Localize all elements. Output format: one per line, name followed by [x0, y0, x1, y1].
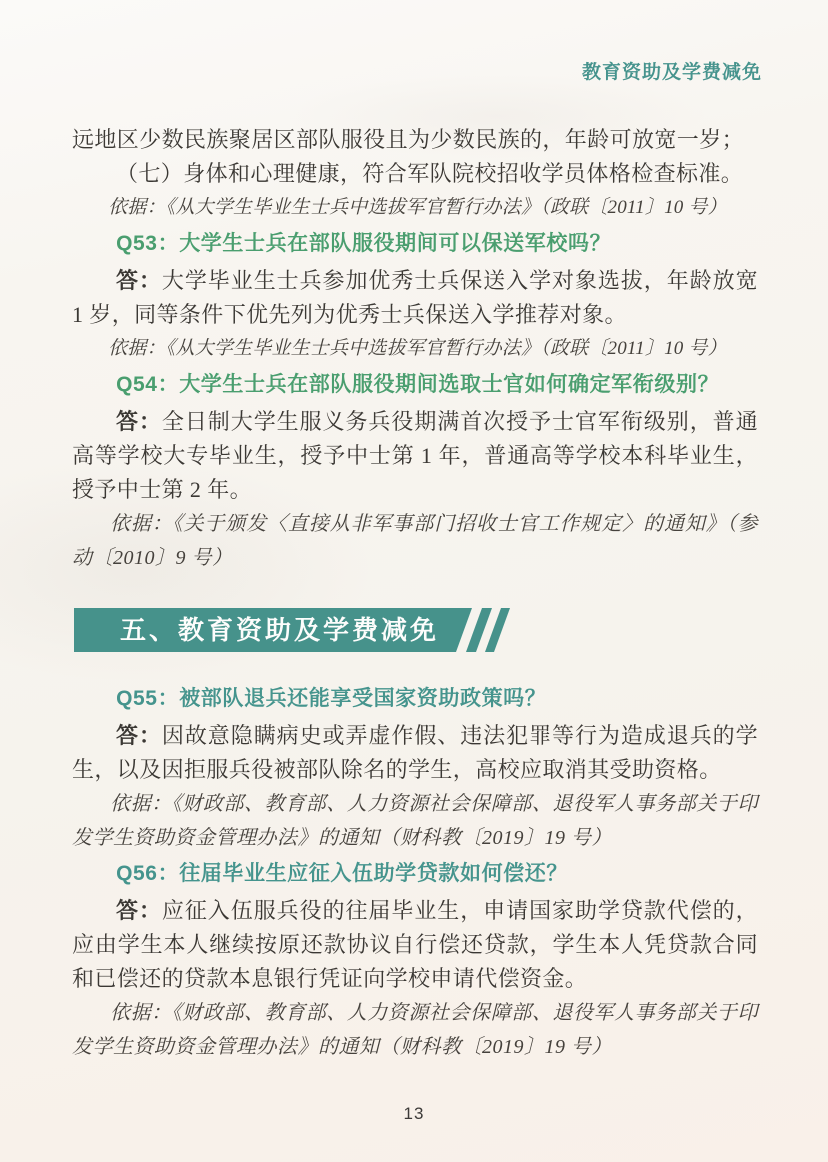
answer-text: 因故意隐瞒病史或弄虚作假、违法犯罪等行为造成退兵的学生，以及因拒服兵役被部队除名… — [72, 723, 758, 782]
question-q56: Q56：往届毕业生应征入伍助学贷款如何偿还？ — [72, 857, 758, 891]
reference-citation: 依据：《从大学生毕业生士兵中选拔军官暂行办法》（政联〔2011〕10 号） — [72, 191, 758, 225]
answer-text: 大学毕业生士兵参加优秀士兵保送入学对象选拔，年龄放宽 1 岁，同等条件下优先列为… — [72, 268, 758, 327]
question-label: Q56： — [116, 862, 179, 885]
reference-citation: 依据：《关于颁发〈直接从非军事部门招收士官工作规定〉的通知》（参动〔2010〕9… — [72, 507, 758, 575]
answer-label: 答： — [116, 268, 162, 293]
answer-text: 全日制大学生服义务兵役期满首次授予士官军衔级别，普通高等学校大专毕业生，授予中士… — [72, 409, 758, 502]
question-label: Q55： — [116, 687, 179, 710]
answer-q53: 答：大学毕业生士兵参加优秀士兵保送入学对象选拔，年龄放宽 1 岁，同等条件下优先… — [72, 264, 758, 332]
reference-citation: 依据：《从大学生毕业生士兵中选拔军官暂行办法》（政联〔2011〕10 号） — [72, 332, 758, 366]
section-banner-title: 五、教育资助及学费减免 — [120, 608, 439, 652]
reference-citation: 依据：《财政部、教育部、人力资源社会保障部、退役军人事务部关于印发学生资助资金管… — [72, 996, 758, 1064]
answer-q55: 答：因故意隐瞒病史或弄虚作假、违法犯罪等行为造成退兵的学生，以及因拒服兵役被部队… — [72, 719, 758, 787]
question-label: Q54： — [116, 373, 179, 396]
question-q55: Q55：被部队退兵还能享受国家资助政策吗？ — [72, 682, 758, 716]
question-text: 往届毕业生应征入伍助学贷款如何偿还？ — [179, 862, 568, 885]
answer-q54: 答：全日制大学生服义务兵役期满首次授予士官军衔级别，普通高等学校大专毕业生，授予… — [72, 405, 758, 507]
answer-label: 答： — [116, 898, 162, 923]
question-q54: Q54：大学生士兵在部队服役期间选取士官如何确定军衔级别？ — [72, 368, 758, 402]
question-text: 被部队退兵还能享受国家资助政策吗？ — [179, 687, 546, 710]
section-banner-box: 五、教育资助及学费减免 — [74, 608, 472, 652]
page-number: 13 — [0, 1104, 828, 1124]
answer-q56: 答：应征入伍服兵役的往届毕业生，申请国家助学贷款代偿的，应由学生本人继续按原还款… — [72, 894, 758, 996]
document-page: 教育资助及学费减免 远地区少数民族聚居区部队服役且为少数民族的，年龄可放宽一岁；… — [0, 0, 828, 1162]
running-head-title: 教育资助及学费减免 — [582, 62, 762, 83]
question-text: 大学生士兵在部队服役期间可以保送军校吗？ — [179, 232, 611, 255]
reference-citation: 依据：《财政部、教育部、人力资源社会保障部、退役军人事务部关于印发学生资助资金管… — [72, 787, 758, 855]
answer-label: 答： — [116, 409, 162, 434]
paragraph-item-seven: （七）身体和心理健康，符合军队院校招收学员体格检查标准。 — [72, 157, 758, 191]
answer-label: 答： — [116, 723, 162, 748]
page-content: 远地区少数民族聚居区部队服役且为少数民族的，年龄可放宽一岁； （七）身体和心理健… — [72, 123, 758, 1064]
section-banner: 五、教育资助及学费减免 — [74, 608, 758, 652]
running-head: 教育资助及学费减免 — [582, 57, 762, 84]
question-label: Q53： — [116, 232, 179, 255]
question-text: 大学生士兵在部队服役期间选取士官如何确定军衔级别？ — [179, 373, 719, 396]
question-q53: Q53：大学生士兵在部队服役期间可以保送军校吗？ — [72, 227, 758, 261]
paragraph-continuation: 远地区少数民族聚居区部队服役且为少数民族的，年龄可放宽一岁； — [72, 123, 758, 157]
answer-text: 应征入伍服兵役的往届毕业生，申请国家助学贷款代偿的，应由学生本人继续按原还款协议… — [72, 898, 758, 991]
